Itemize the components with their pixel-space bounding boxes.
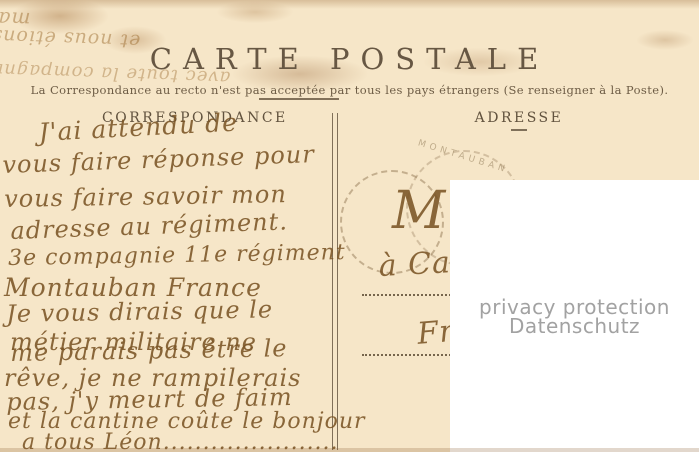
message-line: me parais pas être le xyxy=(10,336,288,365)
privacy-overlay: privacy protection Datenschutz xyxy=(450,180,699,452)
address-header: ADRESSE xyxy=(459,110,579,126)
card-title: CARTE POSTALE xyxy=(0,42,699,76)
message-line: Je vous dirais que le xyxy=(6,297,273,326)
message-line: adresse au régiment. xyxy=(10,209,288,243)
message-line: J'ai attendu de xyxy=(38,110,239,145)
address-dotted-line-2 xyxy=(362,354,454,356)
address-salutation: M xyxy=(392,185,446,237)
header-rule xyxy=(259,98,339,100)
address-header-dash xyxy=(511,129,527,131)
address-dotted-line-1 xyxy=(362,294,454,296)
message-line: vous faire réponse pour xyxy=(2,142,315,177)
privacy-overlay-text-de: Datenschutz xyxy=(509,314,640,338)
postcard-back: mais pour le moment je ne puis pas t'en … xyxy=(0,0,699,452)
card-notice: La Correspondance au recto n'est pas acc… xyxy=(0,83,699,97)
message-line: vous faire savoir mon xyxy=(4,182,287,211)
center-divider xyxy=(332,113,338,450)
message-line: 3e compagnie 11e régiment xyxy=(8,242,346,270)
card-bottom-edge xyxy=(0,448,699,452)
